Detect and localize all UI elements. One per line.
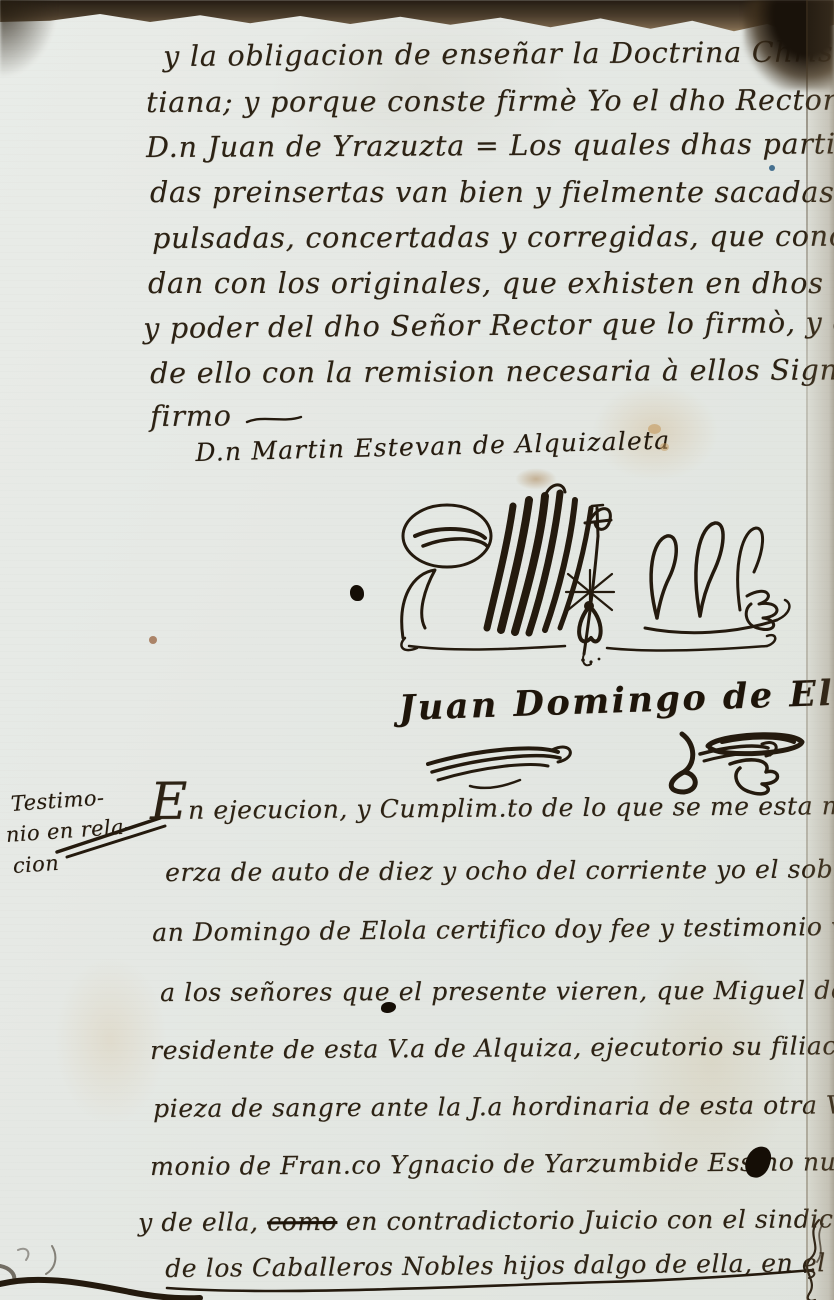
corner-shadow-top-left [0, 0, 60, 80]
ink-blot-small [350, 585, 364, 601]
signature-flourish [400, 730, 820, 800]
line-text: y de ella, [138, 1207, 267, 1237]
manuscript-line: firmo [150, 399, 232, 433]
manuscript-line: y poder del dho Señor Rector que lo firm… [143, 305, 834, 345]
manuscript-line: y la obligacion de enseñar la Doctrina C… [163, 35, 834, 73]
manuscript-line: an Domingo de Elola certifico doy fee y … [152, 911, 834, 947]
ink-blot-small [381, 1002, 396, 1013]
manuscript-line-with-strike: y de ella, como en contradictorio Juicio… [138, 1204, 834, 1237]
stain-spot [515, 468, 557, 490]
stain-spot [660, 443, 669, 451]
manuscript-line: dan con los originales, que exhisten en … [148, 267, 834, 300]
manuscript-line: monio de Fran.co Ygnacio de Yarzumbide E… [150, 1146, 834, 1181]
stain-spot [648, 424, 661, 434]
rubric-right-flourish [607, 523, 789, 651]
line-text: en contradictorio Juicio con el sindico … [337, 1204, 834, 1236]
struck-word: como [267, 1207, 337, 1236]
last-line-underline [165, 1268, 820, 1298]
margin-note-line: cion [12, 851, 60, 878]
manuscript-line: tiana; y porque conste firmè Yo el dho R… [146, 84, 834, 119]
manuscript-line: pulsadas, concertadas y corregidas, que … [152, 219, 834, 255]
bottom-left-curl [0, 1240, 200, 1300]
manuscript-line: erza de auto de diez y ocho del corrient… [165, 854, 834, 887]
manuscript-line: a los señores que el presente vieren, qu… [160, 975, 834, 1007]
red-speck [149, 636, 157, 644]
manuscript-line: residente de esta V.a de Alquiza, ejecut… [150, 1030, 834, 1065]
attestation-signature: D.n Martin Estevan de Alquizaleta [195, 426, 671, 467]
torn-top-edge [0, 0, 834, 40]
manuscript-line: de ello con la remision necesaria à ello… [150, 353, 834, 390]
right-page-edge-strip [808, 0, 834, 1300]
manuscript-line: pieza de sangre ante la J.a hordinaria d… [153, 1090, 834, 1123]
manuscript-line: D.n Juan de Yrazuzta = Los quales dhas p… [146, 127, 834, 164]
firmo-dash-flourish [245, 412, 305, 428]
manuscript-page: y la obligacion de enseñar la Doctrina C… [0, 0, 834, 1300]
notarial-sign-flourish [395, 478, 805, 673]
signo-staff-and-star-knot [566, 536, 614, 665]
manuscript-line: En ejecucion, y Cumplim.to de lo que se … [150, 790, 834, 825]
blue-speck [769, 165, 775, 171]
manuscript-line: das preinsertas van bien y fielmente sac… [150, 176, 834, 209]
notary-signature: Juan Domingo de Elola [398, 670, 834, 729]
